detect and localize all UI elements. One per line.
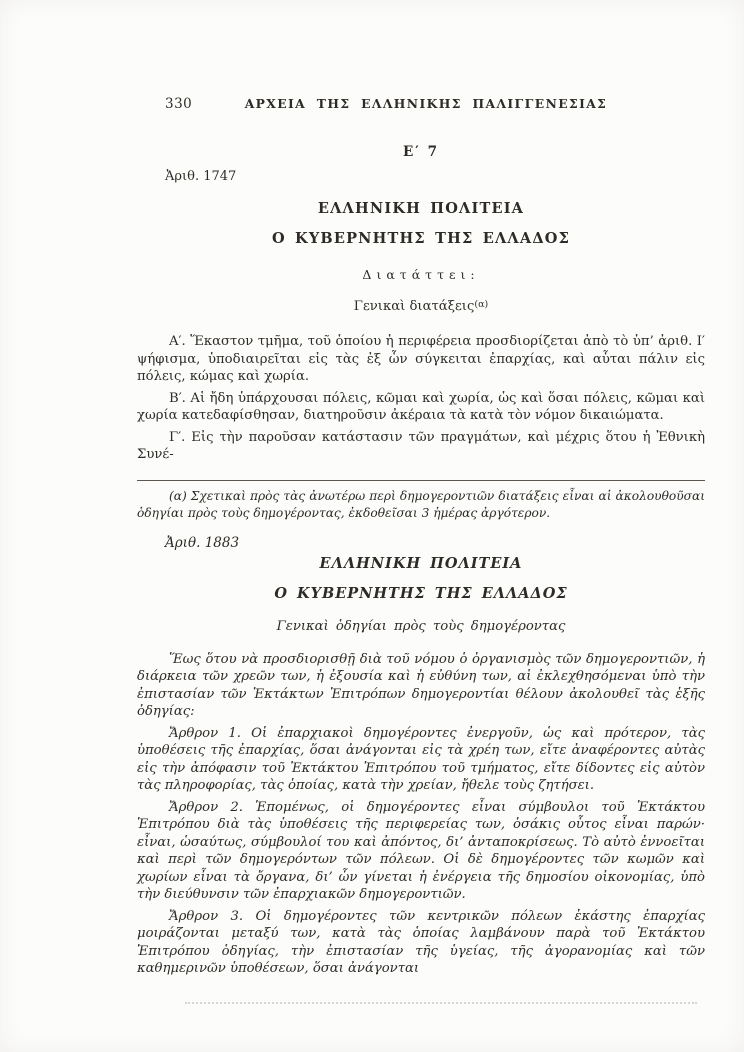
document-number-1883: Ἀριθ. 1883	[137, 535, 705, 551]
governor-title-2: Ο ΚΥΒΕΡΝΗΤΗΣ ΤΗΣ ΕΛΛΑΔΟΣ	[137, 585, 705, 602]
footnote-reference: (α)	[474, 299, 488, 310]
paragraph-gamma: Γ′. Εἰς τὴν παροῦσαν κατάστασιν τῶν πραγ…	[137, 429, 705, 464]
directives-1883: Ἀριθ. 1883 ΕΛΛΗΝΙΚΗ ΠΟΛΙΤΕΙΑ Ο ΚΥΒΕΡΝΗΤΗ…	[137, 535, 705, 978]
decree-word: Διατάττει:	[137, 267, 705, 282]
page-number: 330	[165, 96, 192, 112]
state-title-2: ΕΛΛΗΝΙΚΗ ΠΟΛΙΤΕΙΑ	[137, 555, 705, 572]
text-column: 330 ΑΡΧΕΙΑ ΤΗΣ ΕΛΛΗΝΙΚΗΣ ΠΑΛΙΓΓΕΝΕΣΙΑΣ Ε…	[137, 0, 705, 978]
paragraph-beta: Β′. Αἱ ἤδη ὑπάρχουσαι πόλεις, κῶμαι καὶ …	[137, 390, 705, 425]
footnote-text: (α) Σχετικαὶ πρὸς τὰς ἀνωτέρω περὶ δημογ…	[137, 488, 705, 522]
decree-1747: Ε′ 7 Ἀριθ. 1747 ΕΛΛΗΝΙΚΗ ΠΟΛΙΤΕΙΑ Ο ΚΥΒΕ…	[137, 144, 705, 464]
series-label: Ε′ 7	[137, 144, 705, 160]
state-title: ΕΛΛΗΝΙΚΗ ΠΟΛΙΤΕΙΑ	[137, 200, 705, 217]
governor-title: Ο ΚΥΒΕΡΝΗΤΗΣ ΤΗΣ ΕΛΛΑΔΟΣ	[137, 230, 705, 247]
document-number-1747: Ἀριθ. 1747	[137, 169, 705, 184]
scanned-book-page: 330 ΑΡΧΕΙΑ ΤΗΣ ΕΛΛΗΝΙΚΗΣ ΠΑΛΙΓΓΕΝΕΣΙΑΣ Ε…	[0, 0, 744, 1052]
paragraph-alpha: Α′. Ἕκαστον τμῆμα, τοῦ ὁποίου ἡ περιφέρε…	[137, 333, 705, 386]
paragraph-article-1: Ἄρθρον 1. Οἱ ἐπαρχιακοὶ δημογέροντες ἐνε…	[137, 725, 705, 795]
scan-artifact-dotted-line	[185, 1002, 697, 1004]
paragraph-intro: Ἕως ὅτου νὰ προσδιορισθῇ διὰ τοῦ νόμου ὁ…	[137, 651, 705, 721]
footnote-divider	[137, 480, 705, 481]
page-header: 330 ΑΡΧΕΙΑ ΤΗΣ ΕΛΛΗΝΙΚΗΣ ΠΑΛΙΓΓΕΝΕΣΙΑΣ	[137, 96, 705, 111]
general-provisions-heading: Γενικαὶ διατάξεις(α)	[137, 299, 705, 314]
paragraph-article-3: Ἄρθρον 3. Οἱ δημογέροντες τῶν κεντρικῶν …	[137, 908, 705, 978]
general-provisions-label: Γενικαὶ διατάξεις	[354, 299, 475, 314]
running-header: ΑΡΧΕΙΑ ΤΗΣ ΕΛΛΗΝΙΚΗΣ ΠΑΛΙΓΓΕΝΕΣΙΑΣ	[137, 96, 705, 111]
general-directives-heading: Γενικαὶ ὁδηγίαι πρὸς τοὺς δημογέροντας	[137, 619, 705, 634]
paragraph-article-2: Ἄρθρον 2. Ἑπομένως, οἱ δημογέροντες εἶνα…	[137, 799, 705, 904]
